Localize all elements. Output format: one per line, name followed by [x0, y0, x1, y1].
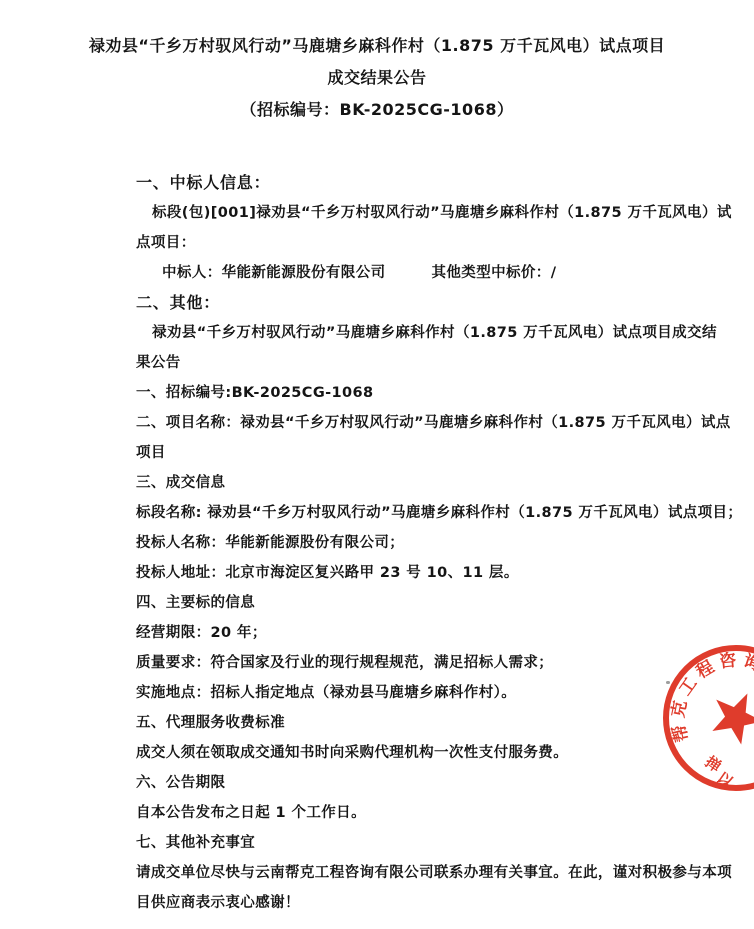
document-line: 自本公告发布之日起 1 个工作日。 — [136, 798, 736, 828]
document-line: 四、主要标的信息 — [136, 588, 736, 618]
document-line: 点项目： — [136, 228, 736, 258]
document-line: 成交人须在领取成交通知书时向采购代理机构一次性支付服务费。 — [136, 738, 736, 768]
announcement-page: 禄劝县“千乡万村驭风行动”马鹿塘乡麻科作村（1.875 万千瓦风电）试点项目 成… — [0, 0, 754, 929]
document-line: 请成交单位尽快与云南帮克工程咨询有限公司联系办理有关事宜。在此，谨对积极参与本项 — [136, 858, 736, 888]
document-line: 七、其他补充事宜 — [136, 828, 736, 858]
document-line: 果公告 — [136, 348, 736, 378]
document-line: 目供应商表示衷心感谢！ — [136, 888, 736, 918]
document-line: 六、公告期限 — [136, 768, 736, 798]
document-line: 二、项目名称：禄劝县“千乡万村驭风行动”马鹿塘乡麻科作村（1.875 万千瓦风电… — [136, 408, 736, 438]
document-line: 项目 — [136, 438, 736, 468]
title-line-1: 禄劝县“千乡万村驭风行动”马鹿塘乡麻科作村（1.875 万千瓦风电）试点项目 — [60, 30, 694, 62]
document-line: 标段名称: 禄劝县“千乡万村驭风行动”马鹿塘乡麻科作村（1.875 万千瓦风电）… — [136, 498, 736, 528]
document-line: 中标人：华能新能源股份有限公司其他类型中标价：/ — [136, 258, 736, 288]
title-line-2: 成交结果公告 — [60, 62, 694, 94]
document-line: 投标人地址：北京市海淀区复兴路甲 23 号 10、11 层。 — [136, 558, 736, 588]
document-line: 禄劝县“千乡万村驭风行动”马鹿塘乡麻科作村（1.875 万千瓦风电）试点项目成交… — [136, 318, 736, 348]
document-line: 经营期限：20 年； — [136, 618, 736, 648]
document-line: 二、其他： — [136, 288, 736, 318]
other-type-price-text: 其他类型中标价：/ — [432, 265, 557, 281]
document-line: 实施地点：招标人指定地点（禄劝县马鹿塘乡麻科作村）。 — [136, 678, 736, 708]
document-title-block: 禄劝县“千乡万村驭风行动”马鹿塘乡麻科作村（1.875 万千瓦风电）试点项目 成… — [60, 30, 694, 126]
document-line: 投标人名称：华能新能源股份有限公司； — [136, 528, 736, 558]
document-line: 标段(包)[001]禄劝县“千乡万村驭风行动”马鹿塘乡麻科作村（1.875 万千… — [136, 198, 736, 228]
winner-name-text: 中标人：华能新能源股份有限公司 — [162, 265, 386, 281]
document-line: 质量要求：符合国家及行业的现行规程规范，满足招标人需求； — [136, 648, 736, 678]
document-line: 一、中标人信息： — [136, 168, 736, 198]
ink-speck — [666, 681, 670, 684]
title-line-3-tender-number: （招标编号：BK-2025CG-1068） — [60, 94, 694, 126]
document-line: 五、代理服务收费标准 — [136, 708, 736, 738]
document-line: 一、招标编号:BK-2025CG-1068 — [136, 378, 736, 408]
document-body: 一、中标人信息：标段(包)[001]禄劝县“千乡万村驭风行动”马鹿塘乡麻科作村（… — [136, 168, 736, 918]
document-line: 三、成交信息 — [136, 468, 736, 498]
